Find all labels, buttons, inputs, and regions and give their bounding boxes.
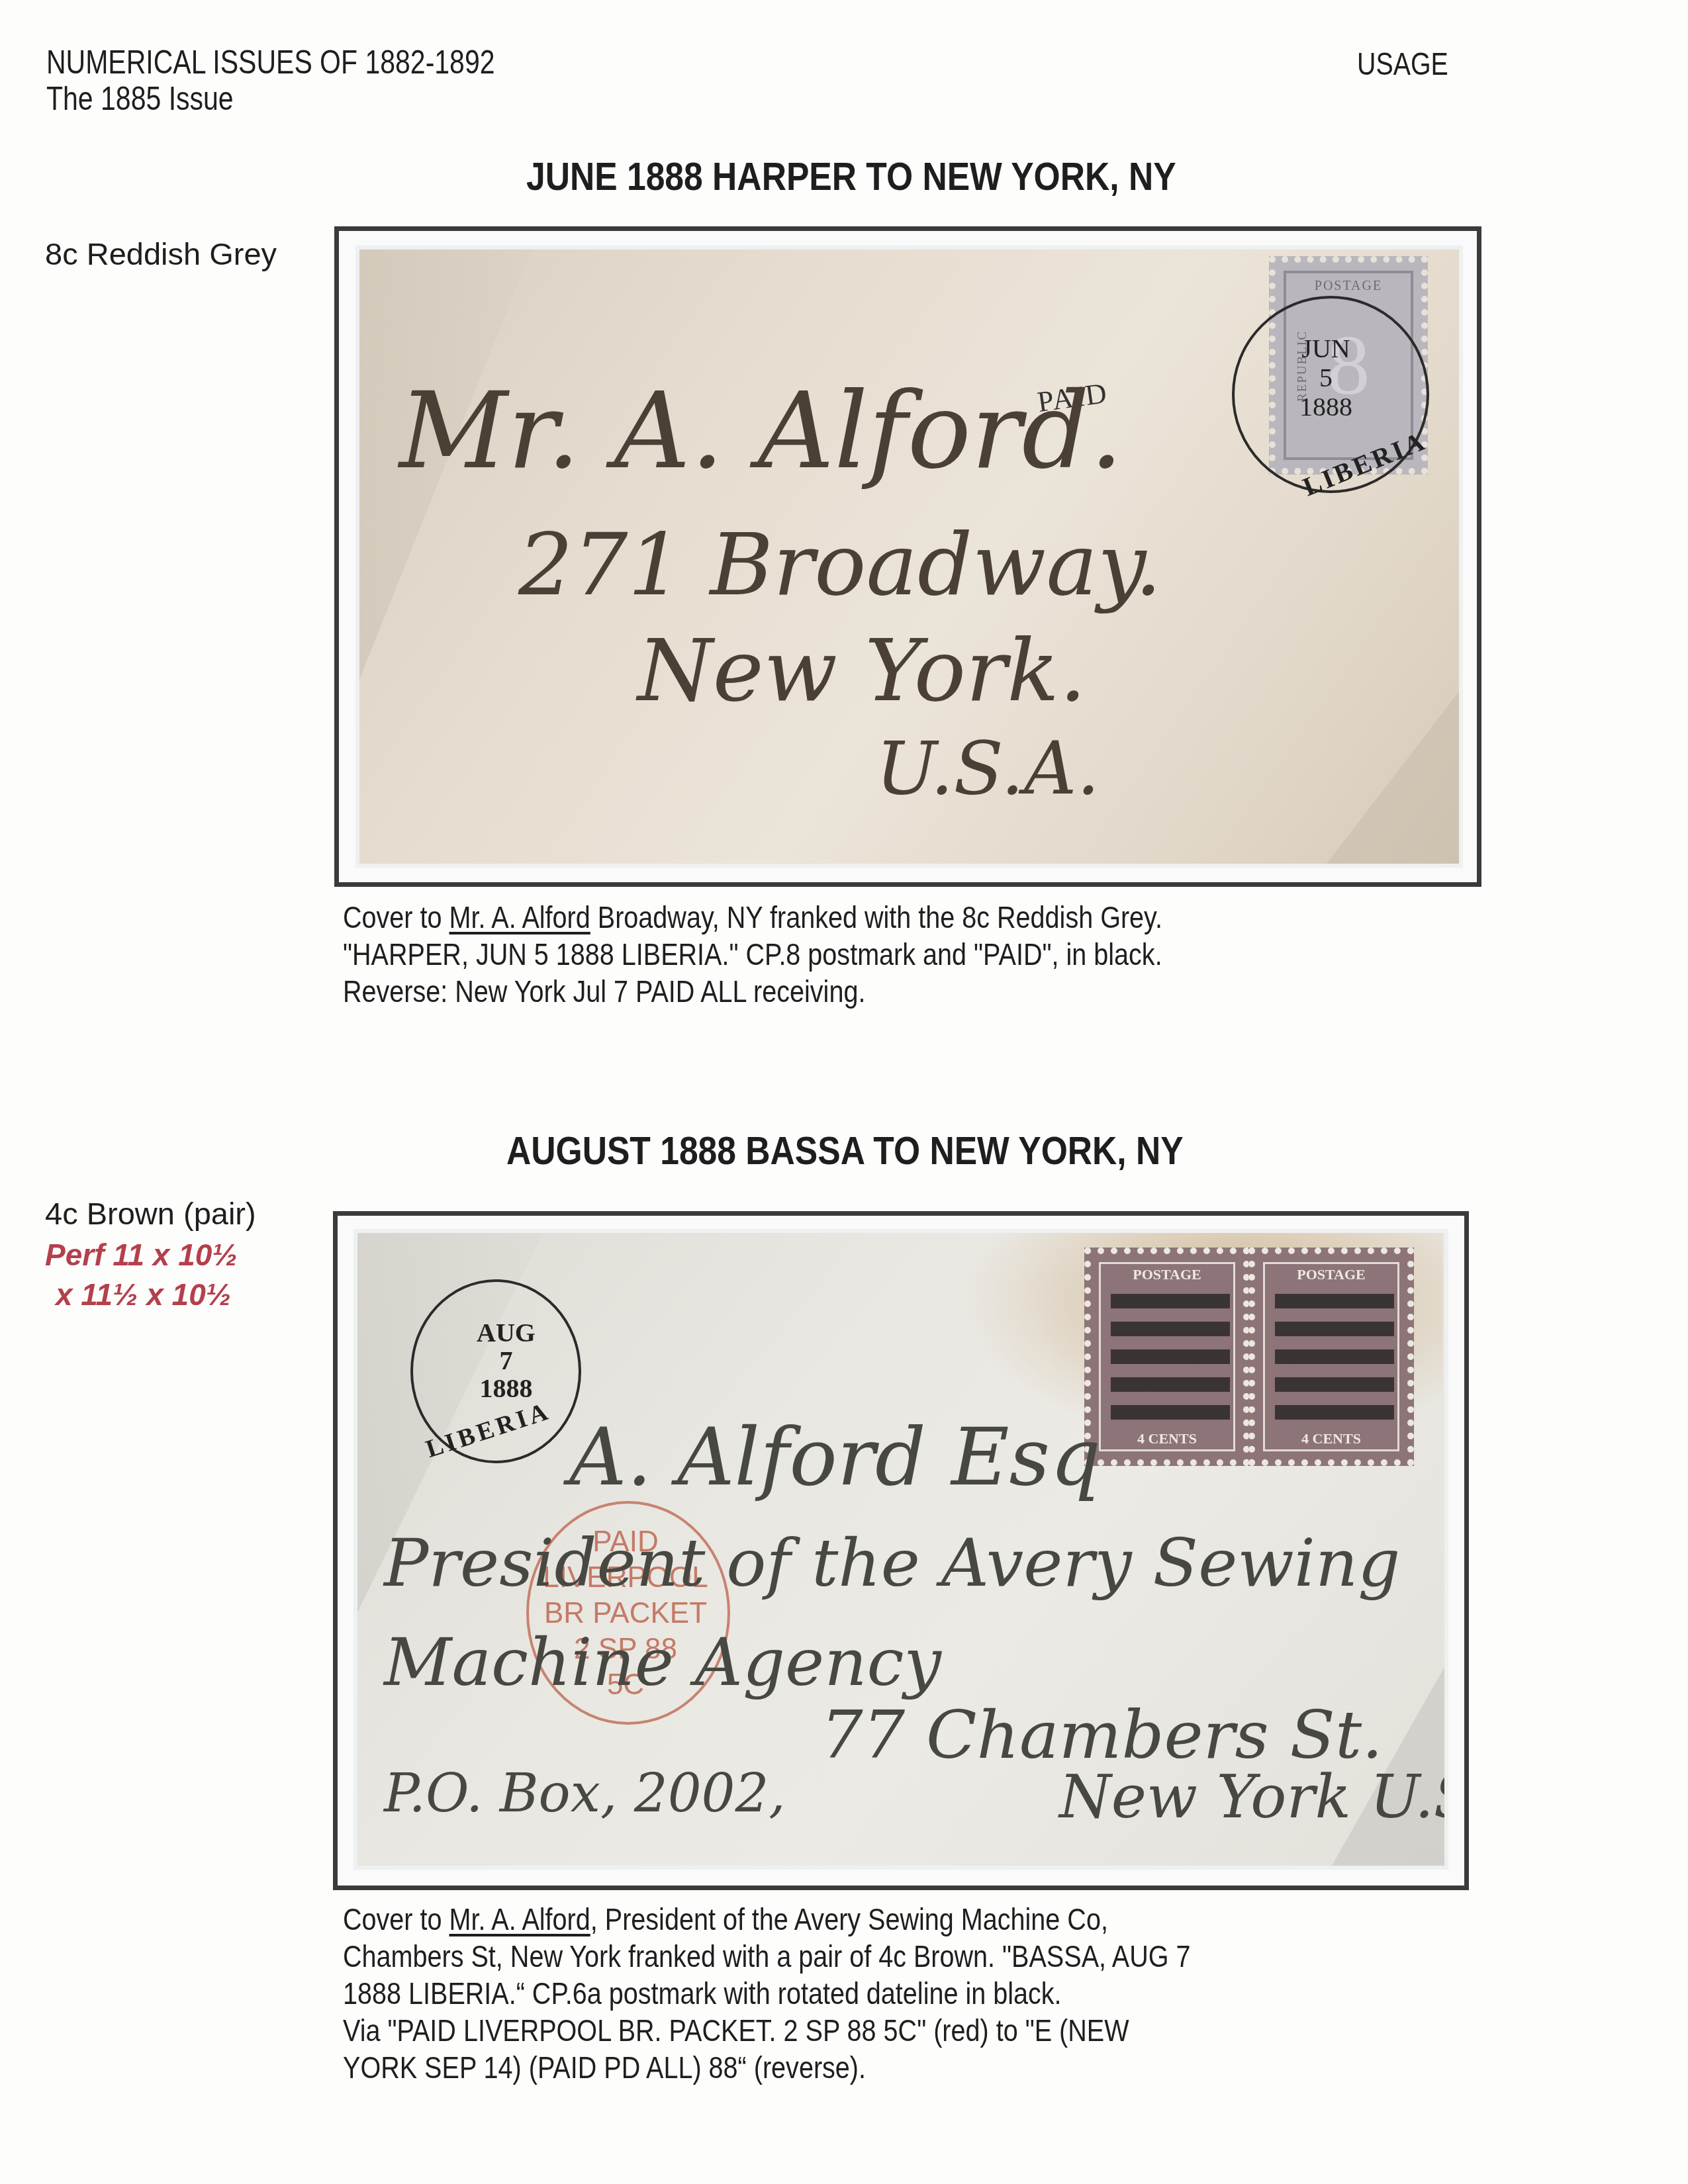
series-title: NUMERICAL ISSUES OF 1882-1892 [46, 44, 593, 81]
issue-title: The 1885 Issue [46, 80, 275, 117]
address-street: 271 Broadway. [518, 514, 1162, 615]
bassa-postmark-date: AUG 7 1888 [477, 1319, 536, 1402]
address-po-box: P.O. Box, 2002, [384, 1762, 786, 1824]
postmark-day: 5 [1299, 363, 1352, 392]
postmark-month: AUG [477, 1319, 536, 1347]
address-title: President of the Avery Sewing [384, 1524, 1400, 1602]
cover-2-envelope: POSTAGE 4 CENTS POSTAGE 4 CENTS AUG 7 18… [357, 1233, 1444, 1866]
cover-2-title: AUGUST 1888 BASSA TO NEW YORK, NY [506, 1128, 1184, 1173]
address-city: New York U.S.A. [1059, 1762, 1444, 1832]
harper-postmark-date: JUN 5 1888 [1299, 334, 1352, 422]
barred-cancel [1275, 1294, 1394, 1420]
stamp-4c-brown-right: POSTAGE 4 CENTS [1248, 1248, 1414, 1466]
cover-1-caption: Cover to Mr. A. Alford Broadway, NY fran… [343, 899, 1468, 1010]
envelope-corner-shadow [1327, 692, 1459, 864]
stamp-value-text: 4 CENTS [1248, 1430, 1414, 1447]
barred-cancel [1111, 1294, 1230, 1420]
address-city: New York. [637, 620, 1086, 721]
postmark-year: 1888 [477, 1375, 536, 1402]
address-country: U.S.A. [876, 726, 1100, 811]
cover-2-stamp-label: 4c Brown (pair) [45, 1195, 256, 1232]
stamp-4c-brown-left: POSTAGE 4 CENTS [1084, 1248, 1250, 1466]
stamp-value-text: 4 CENTS [1084, 1430, 1250, 1447]
stamp-postage-text: POSTAGE [1084, 1266, 1250, 1283]
addressee-name: Mr. A. Alford [449, 900, 590, 934]
cover-1-envelope: POSTAGE REPUBLIC 8 JUN 5 1888 LIBERIA PA… [359, 250, 1459, 864]
address-name: A. Alford Esq [569, 1412, 1101, 1504]
cover-2-frame: POSTAGE 4 CENTS POSTAGE 4 CENTS AUG 7 18… [333, 1211, 1469, 1890]
address-name: Mr. A. Alford. [399, 369, 1123, 492]
postmark-day: 7 [477, 1347, 536, 1375]
cover-1-title: JUNE 1888 HARPER TO NEW YORK, NY [526, 154, 1176, 199]
postmark-year: 1888 [1299, 392, 1352, 422]
postmark-month: JUN [1299, 334, 1352, 363]
cover-1-stamp-label: 8c Reddish Grey [45, 236, 277, 273]
address-company: Machine Agency [384, 1623, 941, 1701]
section-label: USAGE [1357, 46, 1468, 83]
addressee-name: Mr. A. Alford [449, 1902, 590, 1936]
stamp-postage-text: POSTAGE [1269, 279, 1428, 294]
perf-note-line-1: Perf 11 x 10½ [45, 1235, 238, 1275]
perf-note-line-2: x 11½ x 10½ [56, 1275, 231, 1314]
cover-1-frame: POSTAGE REPUBLIC 8 JUN 5 1888 LIBERIA PA… [334, 226, 1481, 887]
stamp-postage-text: POSTAGE [1248, 1266, 1414, 1283]
envelope-flap-shadow [359, 250, 532, 864]
cover-2-caption: Cover to Mr. A. Alford, President of the… [343, 1901, 1468, 2086]
